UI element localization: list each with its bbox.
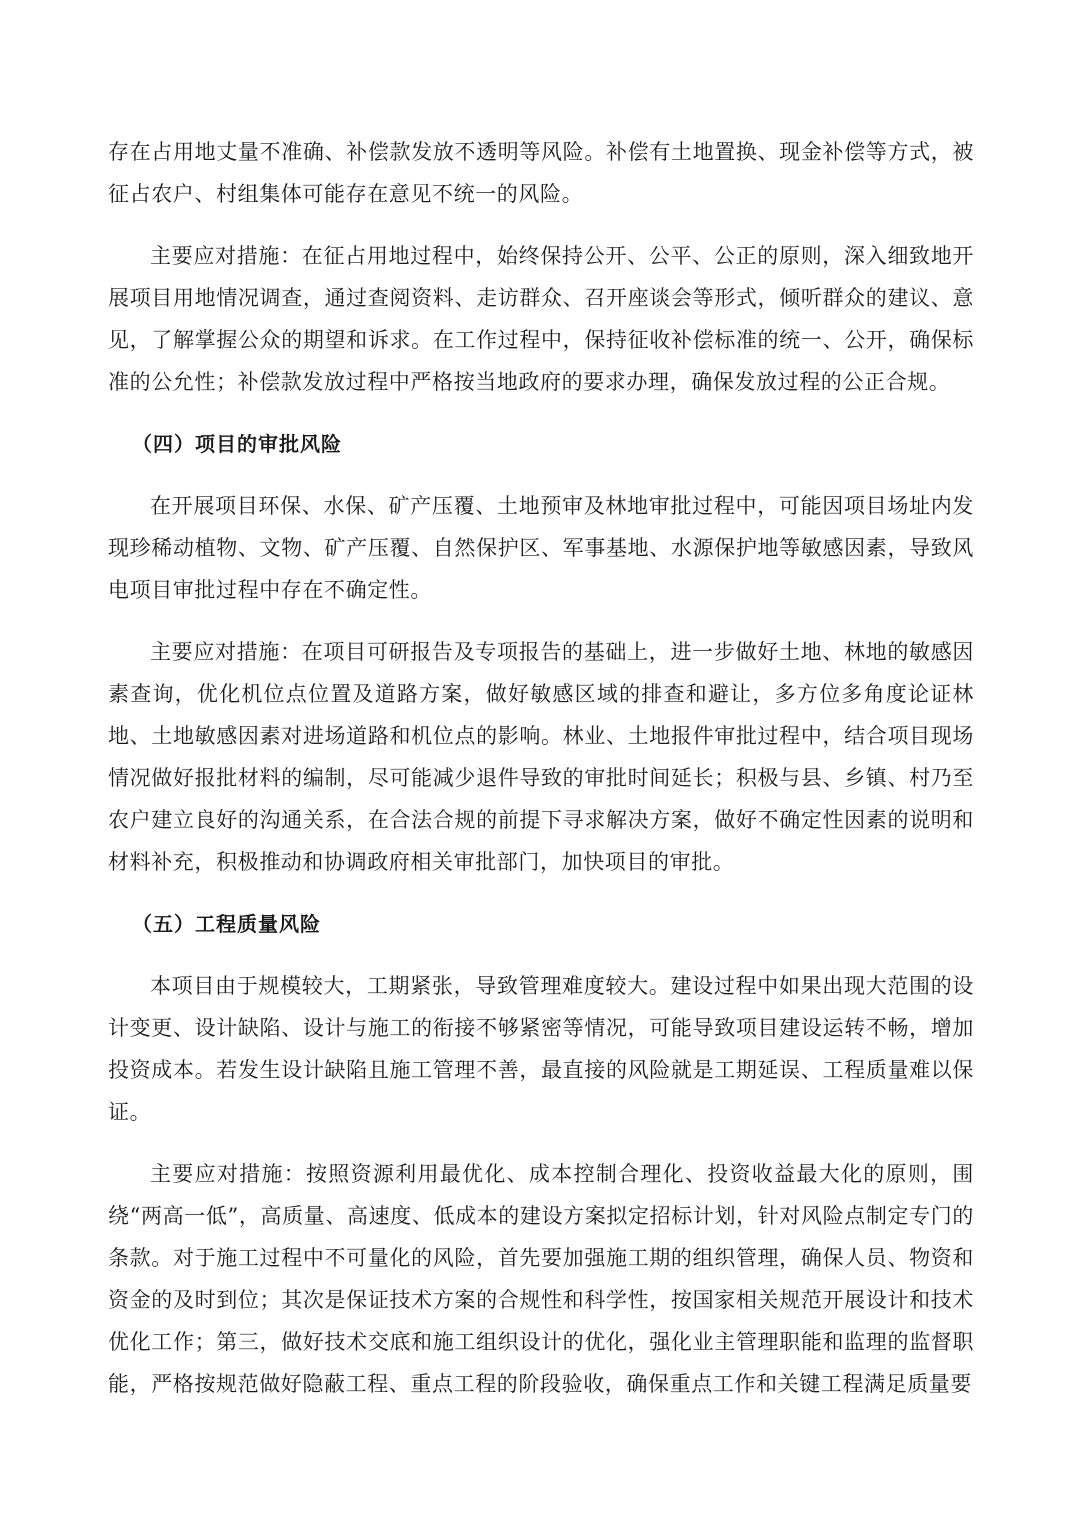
paragraph-approval-risk: 在开展项目环保、水保、矿产压覆、土地预审及林地审批过程中，可能因项目场址内发现珍… — [108, 485, 974, 611]
spacer — [108, 1133, 974, 1153]
paragraph-quality-risk: 本项目由于规模较大，工期紧张，导致管理难度较大。建设过程中如果出现大范围的设计变… — [108, 965, 974, 1133]
spacer — [108, 215, 974, 235]
spacer — [108, 945, 974, 965]
paragraph-land-compensation-risk: 存在占用地丈量不准确、补偿款发放不透明等风险。补偿有土地置换、现金补偿等方式，被… — [108, 131, 974, 215]
spacer — [108, 403, 974, 423]
spacer — [108, 611, 974, 631]
paragraph-land-measures: 主要应对措施：在征占用地过程中，始终保持公开、公平、公正的原则，深入细致地开展项… — [108, 235, 974, 403]
spacer — [108, 883, 974, 903]
paragraph-approval-measures: 主要应对措施：在项目可研报告及专项报告的基础上，进一步做好土地、林地的敏感因素查… — [108, 631, 974, 883]
paragraph-quality-measures: 主要应对措施：按照资源利用最优化、成本控制合理化、投资收益最大化的原则，围绕“两… — [108, 1153, 974, 1405]
spacer — [108, 465, 974, 485]
section-heading-approval-risk: （四）项目的审批风险 — [108, 423, 974, 465]
document-page: 存在占用地丈量不准确、补偿款发放不透明等风险。补偿有土地置换、现金补偿等方式，被… — [108, 131, 974, 1405]
section-heading-quality-risk: （五）工程质量风险 — [108, 903, 974, 945]
